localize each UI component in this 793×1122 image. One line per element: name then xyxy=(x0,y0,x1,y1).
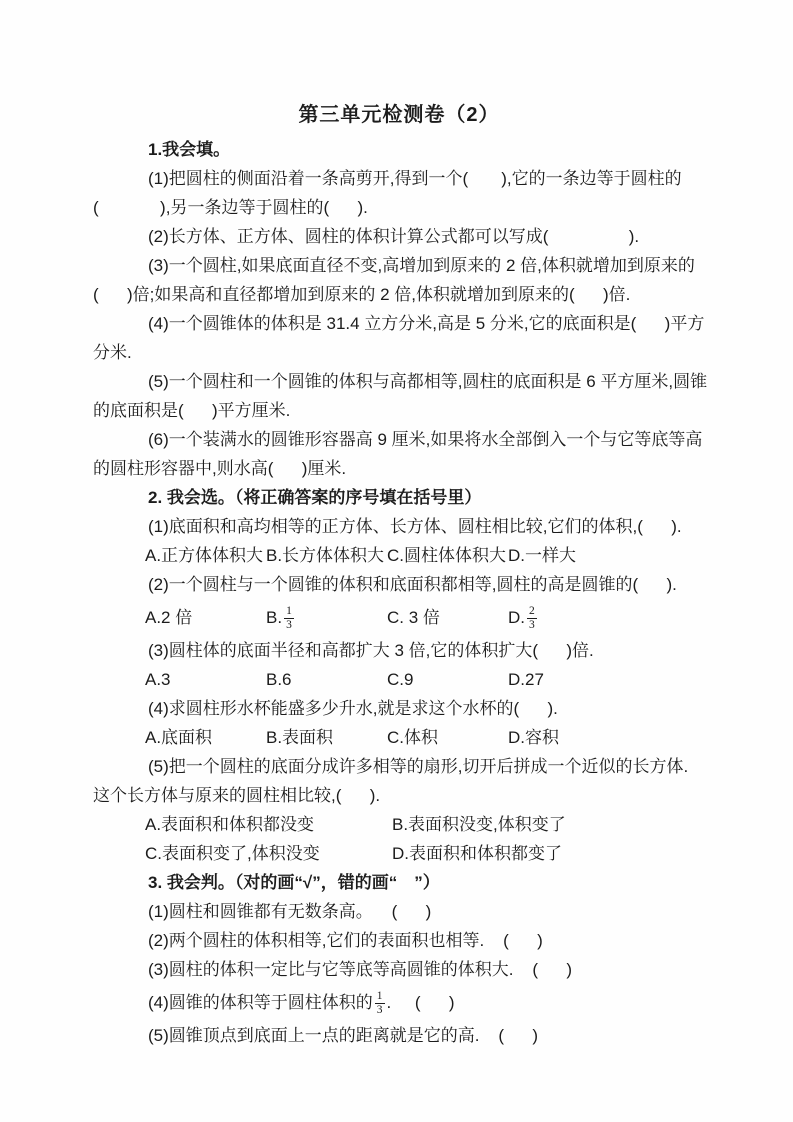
worksheet-page: 第三单元检测卷（2） 1.我会填。 (1)把圆柱的侧面沿着一条高剪开,得到一个(… xyxy=(0,0,793,1122)
s3-q1: (1)圆柱和圆锥都有无数条高。 ( ) xyxy=(93,897,705,926)
s1-q5-line1: (5)一个圆柱和一个圆锥的体积与高都相等,圆柱的底面积是 6 平方厘米,圆锥 xyxy=(93,367,705,396)
section1-heading: 1.我会填。 xyxy=(93,135,705,164)
s2-q5-options-row1: A.表面积和体积都没变 B.表面积没变,体积变了 xyxy=(93,810,705,839)
option-b-label: B. xyxy=(266,603,282,632)
s3-q4: (4)圆锥的体积等于圆柱体积的 1 3 . ( ) xyxy=(93,984,705,1021)
s2-q3-options: A.3 B.6 C.9 D.27 xyxy=(93,665,705,694)
s3-q4-prefix: (4)圆锥的体积等于圆柱体积的 xyxy=(148,988,373,1017)
s3-q3: (3)圆柱的体积一定比与它等底等高圆锥的体积大. ( ) xyxy=(93,955,705,984)
option-c: C.体积 xyxy=(387,723,508,752)
s2-q2: (2)一个圆柱与一个圆锥的体积和底面积都相等,圆柱的高是圆锥的( ). xyxy=(93,570,705,599)
option-c: C. 3 倍 xyxy=(387,603,508,632)
fraction-two-thirds: 2 3 xyxy=(527,605,537,632)
s1-q1-line2: ( ),另一条边等于圆柱的( ). xyxy=(93,193,705,222)
option-d-label: D. xyxy=(508,603,525,632)
s1-q3-line2: ( )倍;如果高和直径都增加到原来的 2 倍,体积就增加到原来的( )倍. xyxy=(93,280,705,309)
option-a: A.表面积和体积都没变 xyxy=(145,810,392,839)
option-b: B.长方体体积大 xyxy=(266,541,387,570)
option-c: C.表面积变了,体积没变 xyxy=(145,839,392,868)
s1-q4-line2: 分米. xyxy=(93,338,705,367)
option-b: B.表面积没变,体积变了 xyxy=(392,810,566,839)
s2-q5-line1: (5)把一个圆柱的底面分成许多相等的扇形,切开后拼成一个近似的长方体. xyxy=(93,752,705,781)
option-d: D.表面积和体积都变了 xyxy=(392,839,562,868)
option-b: B. 1 3 xyxy=(266,603,387,632)
option-a: A.2 倍 xyxy=(145,603,266,632)
option-a: A.3 xyxy=(145,665,266,694)
s3-q4-suffix: . ( ) xyxy=(387,988,455,1017)
s2-q5-line2: 这个长方体与原来的圆柱相比较,( ). xyxy=(93,781,705,810)
page-title: 第三单元检测卷（2） xyxy=(93,100,705,130)
option-a: A.正方体体积大 xyxy=(145,541,266,570)
s2-q3: (3)圆柱体的底面半径和高都扩大 3 倍,它的体积扩大( )倍. xyxy=(93,636,705,665)
s3-q5: (5)圆锥顶点到底面上一点的距离就是它的高. ( ) xyxy=(93,1021,705,1050)
s1-q4-line1: (4)一个圆锥体的体积是 31.4 立方分米,高是 5 分米,它的底面积是( )… xyxy=(93,309,705,338)
s2-q4: (4)求圆柱形水杯能盛多少升水,就是求这个水杯的( ). xyxy=(93,694,705,723)
option-a: A.底面积 xyxy=(145,723,266,752)
option-b: B.6 xyxy=(266,665,387,694)
s3-q2: (2)两个圆柱的体积相等,它们的表面积也相等. ( ) xyxy=(93,926,705,955)
section3-heading: 3. 我会判。（对的画“√”，错的画“ ”） xyxy=(93,868,705,897)
fraction-one-third: 1 3 xyxy=(284,605,294,632)
option-d: D.容积 xyxy=(508,723,559,752)
s1-q1-line1: (1)把圆柱的侧面沿着一条高剪开,得到一个( ),它的一条边等于圆柱的 xyxy=(93,164,705,193)
s1-q6-line2: 的圆柱形容器中,则水高( )厘米. xyxy=(93,454,705,483)
s2-q1: (1)底面积和高均相等的正方体、长方体、圆柱相比较,它们的体积,( ). xyxy=(93,512,705,541)
option-b: B.表面积 xyxy=(266,723,387,752)
option-d: D.27 xyxy=(508,665,544,694)
s1-q3-line1: (3)一个圆柱,如果底面直径不变,高增加到原来的 2 倍,体积就增加到原来的 xyxy=(93,251,705,280)
s2-q1-options: A.正方体体积大 B.长方体体积大 C.圆柱体体积大 D.一样大 xyxy=(93,541,705,570)
s1-q6-line1: (6)一个装满水的圆锥形容器高 9 厘米,如果将水全部倒入一个与它等底等高 xyxy=(93,425,705,454)
option-d: D. 2 3 xyxy=(508,603,539,632)
option-c: C.9 xyxy=(387,665,508,694)
s2-q4-options: A.底面积 B.表面积 C.体积 D.容积 xyxy=(93,723,705,752)
s2-q5-options-row2: C.表面积变了,体积没变 D.表面积和体积都变了 xyxy=(93,839,705,868)
s2-q2-options: A.2 倍 B. 1 3 C. 3 倍 D. 2 3 xyxy=(93,599,705,636)
s1-q2: (2)长方体、正方体、圆柱的体积计算公式都可以写成( ). xyxy=(93,222,705,251)
option-d: D.一样大 xyxy=(508,541,576,570)
fraction-one-third: 1 3 xyxy=(375,990,385,1017)
s1-q5-line2: 的底面积是( )平方厘米. xyxy=(93,396,705,425)
option-c: C.圆柱体体积大 xyxy=(387,541,508,570)
section2-heading: 2. 我会选。（将正确答案的序号填在括号里） xyxy=(93,483,705,512)
